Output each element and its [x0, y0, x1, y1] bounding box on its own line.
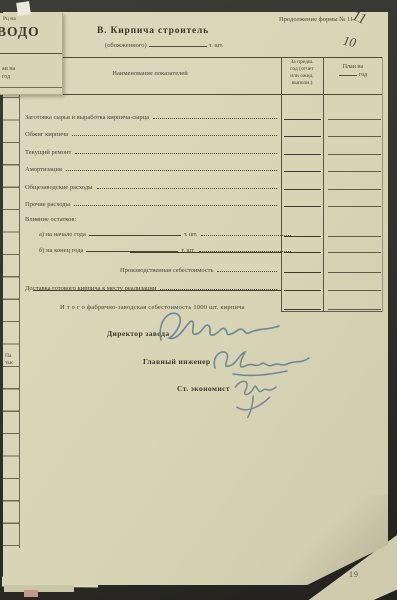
subtitle-unit: т. шт. [209, 42, 224, 49]
dotted-leader [217, 270, 277, 272]
table-row: Заготовка сырья и выработка кирпича-сырц… [25, 108, 383, 121]
row-label: Текущий ремонт [25, 149, 71, 156]
value-line-plan [328, 170, 381, 172]
margin-note: Па тыс [5, 353, 19, 366]
subtitle-prefix: (обожженного) [105, 42, 147, 49]
row-label: Общезаводские расходы [25, 184, 93, 191]
dotted-leader [72, 134, 277, 136]
fill-in-blank [86, 245, 178, 252]
row-label: Амортизация [25, 166, 62, 173]
row-label: Доставка готового кирпича к месту реализ… [25, 285, 156, 292]
value-line-plan [328, 205, 381, 207]
form-title: В. Кирпича строитель [63, 26, 243, 36]
value-line-plan [328, 118, 381, 120]
row-label: а) на начало года [39, 231, 86, 238]
dotted-leader [74, 204, 277, 206]
dotted-leader [97, 187, 277, 189]
fragment-title-text: ВОДО [0, 24, 40, 40]
table-row: Производственная себестоимость [25, 261, 383, 274]
senior-economist-signature [219, 367, 288, 423]
table-header-line [19, 94, 382, 95]
subtitle-blank-line [149, 40, 207, 47]
value-line-prev-year [284, 235, 321, 237]
value-line-prev-year [284, 205, 321, 207]
handwritten-mark-top: 11 [349, 8, 368, 29]
table-row: Амортизация [25, 160, 383, 173]
value-line-prev-year [284, 153, 321, 155]
row-label: б) на конец года [39, 247, 83, 254]
scan-background: 19 Па тыс Продолжение формы № 11 11 10 В… [0, 0, 397, 600]
value-line-plan [328, 153, 381, 155]
value-line-prev-year [284, 289, 321, 291]
table-bottom-rule [281, 311, 382, 312]
value-line-plan [328, 289, 381, 291]
page-number: 19 [349, 570, 359, 579]
fragment-small-text: Рц на [3, 16, 16, 22]
value-line-plan [328, 251, 381, 253]
dotted-leader [199, 250, 291, 252]
dotted-leader [75, 152, 277, 154]
row-label: Прочие расходы [25, 201, 70, 208]
table-row: Прочие расходы [25, 195, 383, 208]
previous-page-fragment: Рц на ВОДО ан на год [0, 13, 63, 95]
column-header-plan: План на год [324, 64, 382, 78]
red-bookmark-sliver [24, 590, 38, 597]
table-top-line [19, 57, 382, 58]
value-line-prev-year [284, 188, 321, 190]
value-line-prev-year [284, 170, 321, 172]
table-row: Текущий ремонт [25, 143, 383, 156]
value-line-plan [328, 188, 381, 190]
row-unit: т. шт. [181, 248, 194, 254]
fragment-rule [0, 87, 62, 88]
plan-year-blank [339, 70, 357, 76]
dotted-leader [153, 117, 277, 119]
value-line-prev-year [284, 135, 321, 137]
row-line-stubs [3, 97, 19, 559]
dotted-leader [66, 169, 277, 171]
table-row: Общезаводские расходы [25, 178, 383, 191]
table-row: б) на конец годат. шт. [25, 241, 383, 254]
table-row-section: Влияние остатков: [25, 210, 383, 223]
row-label: Влияние остатков: [25, 216, 76, 223]
column-header-prev-year: За предш. год (отчет или ожид. выполн.) [282, 59, 322, 87]
value-line-prev-year [284, 118, 321, 120]
value-line-prev-year [284, 251, 321, 253]
form-page: Па тыс Продолжение формы № 11 11 10 В. К… [3, 12, 388, 585]
row-label: Заготовка сырья и выработка кирпича-сырц… [25, 114, 149, 121]
paper-tab [16, 1, 31, 16]
signature-label-chief-engineer: Главный инженер [143, 357, 210, 366]
table-row: Доставка готового кирпича к месту реализ… [25, 279, 383, 292]
value-line-plan [328, 271, 381, 273]
page-stack-edge [4, 585, 74, 592]
table-row: а) на начало годат. шт. [25, 225, 383, 238]
table-row: Обжиг кирпича [25, 125, 383, 138]
dotted-leader [160, 288, 277, 290]
table-left-border [19, 55, 20, 548]
row-label: Обжиг кирпича [25, 131, 68, 138]
row-unit: т. шт. [184, 232, 197, 238]
form-subtitle: (обожженного)т. шт. [105, 40, 223, 49]
value-line-prev-year [284, 271, 321, 273]
fill-in-blank [89, 229, 181, 236]
value-line-plan [328, 235, 381, 237]
value-line-plan [328, 308, 381, 310]
form-reference: Продолжение формы № 11 [279, 16, 353, 23]
fragment-column-header: ан на год [2, 65, 15, 81]
value-line-prev-year [284, 308, 321, 310]
fragment-rule [0, 53, 62, 54]
value-line-plan [328, 135, 381, 137]
plan-header-line2: год [324, 70, 382, 78]
row-label: Производственная себестоимость [120, 267, 213, 274]
handwritten-mark-bottom: 10 [341, 33, 357, 51]
plan-year-word: год [359, 72, 367, 78]
dotted-leader [201, 234, 291, 236]
